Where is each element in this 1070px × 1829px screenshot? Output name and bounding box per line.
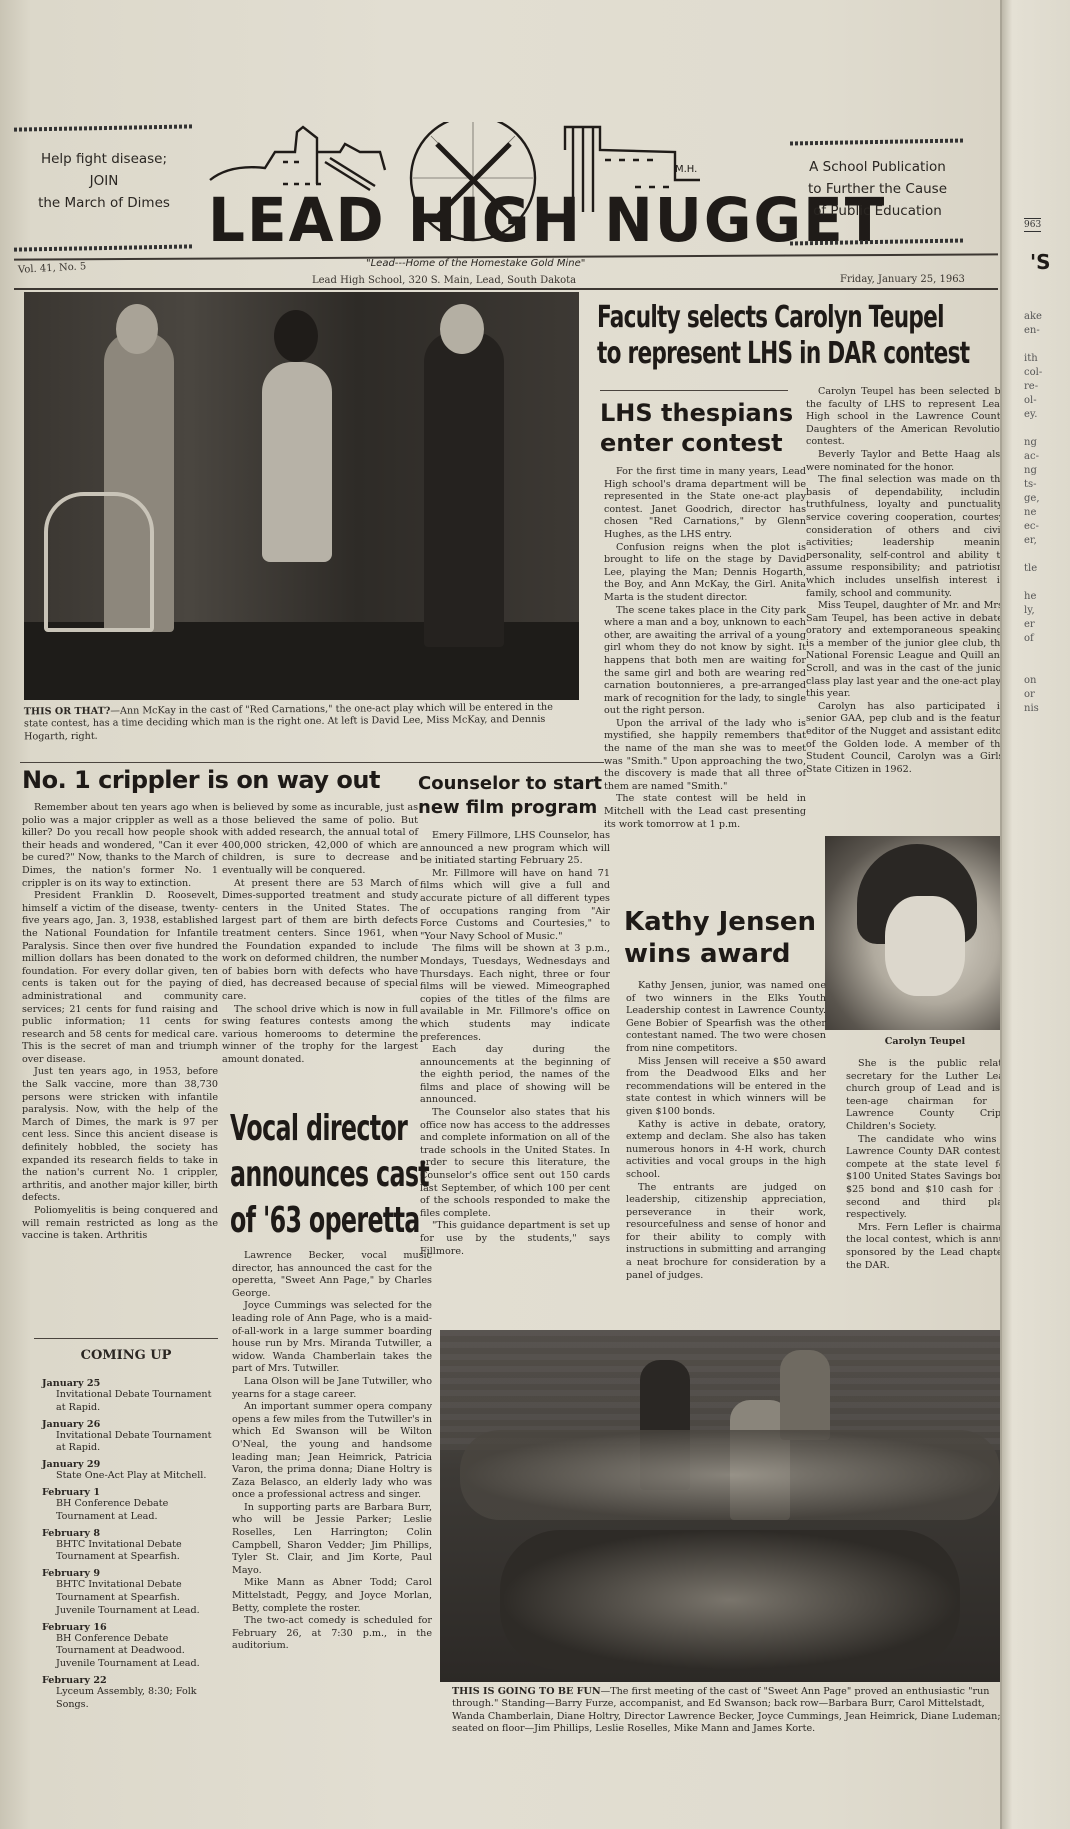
paragraph: Kathy is active in debate, oratory, exte… xyxy=(626,1119,826,1182)
calendar-entry: January 29State One-Act Play at Mitchell… xyxy=(42,1459,218,1483)
headline-line: Counselor to start xyxy=(418,772,602,796)
right-ear-line: of Public Education xyxy=(790,200,965,222)
thespians-headline: LHS thespians enter contest xyxy=(600,398,793,458)
paragraph: For the first time in many years, Lead H… xyxy=(604,466,806,542)
thespians-body: For the first time in many years, Lead H… xyxy=(604,466,806,831)
kathy-body: Kathy Jensen, junior, was named one of t… xyxy=(626,980,826,1282)
counselor-headline: Counselor to start new film program xyxy=(418,772,602,820)
calendar-entry: February 22Lyceum Assembly, 8:30; Folk S… xyxy=(42,1675,218,1712)
dar-body-continued: She is the public relations secretary fo… xyxy=(846,1058,1022,1272)
paragraph: The two-act comedy is scheduled for Febr… xyxy=(232,1615,432,1653)
paragraph: is believed by some as incurable, just a… xyxy=(222,802,418,878)
adjacent-folio: 963 xyxy=(1024,218,1041,232)
ornament-rule xyxy=(14,244,194,251)
top-photo-caption: THIS OR THAT?—Ann McKay in the cast of "… xyxy=(24,702,579,744)
dar-body: Carolyn Teupel has been selected by the … xyxy=(806,386,1006,776)
calendar-entry: February 1BH Conference Debate Tournamen… xyxy=(42,1487,218,1524)
section-rule xyxy=(20,762,604,763)
caption-lead: THIS OR THAT? xyxy=(24,706,111,718)
event-text: Invitational Debate Tournament at Rapid. xyxy=(42,1389,218,1415)
paragraph: Each day during the announcements at the… xyxy=(420,1044,610,1107)
paragraph: The candidate who wins the Lawrence Coun… xyxy=(846,1134,1022,1222)
paragraph: The school drive which is now in full sw… xyxy=(222,1004,418,1067)
event-date: February 16 xyxy=(42,1622,218,1633)
event-text: BHTC Invitational Debate Tournament at S… xyxy=(42,1579,218,1605)
adjacent-page-edge xyxy=(1000,0,1070,1829)
paragraph: Mr. Fillmore will have on hand 71 films … xyxy=(420,868,610,944)
event-text: Juvenile Tournament at Lead. xyxy=(42,1605,218,1618)
adjacent-text-fragment: ake en- ith col- re- ol- ey. ng ac- ng t… xyxy=(1024,310,1042,716)
left-ear-line: Help fight disease; xyxy=(14,148,194,170)
newspaper-page: Help fight disease; JOIN the March of Di… xyxy=(0,0,1018,1829)
event-date: February 8 xyxy=(42,1528,218,1539)
right-ear-line: A School Publication xyxy=(790,156,965,178)
counselor-body: Emery Fillmore, LHS Counselor, has annou… xyxy=(420,830,610,1258)
event-text: BHTC Invitational Debate Tournament at S… xyxy=(42,1539,218,1565)
event-date: February 9 xyxy=(42,1568,218,1579)
paragraph: Mike Mann as Abner Todd; Carol Mittelsta… xyxy=(232,1577,432,1615)
event-date: January 29 xyxy=(42,1459,218,1470)
event-date: February 22 xyxy=(42,1675,218,1686)
paragraph: Remember about ten years ago when polio … xyxy=(22,802,218,890)
dar-headline: Faculty selects Carolyn Teupel to repres… xyxy=(597,300,969,372)
event-text: Lyceum Assembly, 8:30; Folk Songs. xyxy=(42,1686,218,1712)
bottom-photo-caption: THIS IS GOING TO BE FUN—The first meetin… xyxy=(452,1686,1012,1736)
headline-line: wins award xyxy=(624,938,816,970)
event-text: State One-Act Play at Mitchell. xyxy=(42,1470,218,1483)
headline-line: of '63 operetta xyxy=(230,1198,429,1244)
paragraph: Confusion reigns when the plot is brough… xyxy=(604,542,806,605)
headline-line: Faculty selects Carolyn Teupel xyxy=(597,300,969,336)
paragraph: Miss Jensen will receive a $50 award fro… xyxy=(626,1056,826,1119)
paragraph: Mrs. Fern Lefler is chairman of the loca… xyxy=(846,1222,1022,1272)
left-ear: Help fight disease; JOIN the March of Di… xyxy=(14,148,194,214)
paragraph: Kathy Jensen, junior, was named one of t… xyxy=(626,980,826,1056)
paragraph: In supporting parts are Barbara Burr, wh… xyxy=(232,1502,432,1578)
headline-line: enter contest xyxy=(600,428,793,458)
svg-text:M.H.: M.H. xyxy=(675,164,697,175)
paragraph: Beverly Taylor and Bette Haag also were … xyxy=(806,449,1006,474)
paragraph: Poliomyelitis is being conquered and wil… xyxy=(22,1205,218,1243)
paragraph: Lawrence Becker, vocal music director, h… xyxy=(232,1250,432,1300)
carolyn-teupel-portrait xyxy=(825,836,1025,1030)
issue-date: Friday, January 25, 1963 xyxy=(840,274,965,285)
calendar-title: COMING UP xyxy=(34,1348,218,1363)
calendar-entry: February 9BHTC Invitational Debate Tourn… xyxy=(42,1568,218,1617)
calendar-entry: February 8BHTC Invitational Debate Tourn… xyxy=(42,1528,218,1565)
event-text: BH Conference Debate Tournament at Deadw… xyxy=(42,1633,218,1659)
dateline-rule xyxy=(14,288,998,290)
motto: "Lead---Home of the Homestake Gold Mine" xyxy=(366,258,585,269)
volume-number: Vol. 41, No. 5 xyxy=(18,261,87,276)
operetta-headline: Vocal director announces cast of '63 ope… xyxy=(230,1106,429,1244)
paragraph: "This guidance department is set up for … xyxy=(420,1220,610,1258)
play-cast-photo xyxy=(24,292,579,700)
headline-line: LHS thespians xyxy=(600,398,793,428)
ornament-rule xyxy=(790,138,965,145)
ornament-rule xyxy=(14,124,194,131)
divider xyxy=(600,390,788,391)
paragraph: President Franklin D. Roosevelt, himself… xyxy=(22,890,218,1066)
paragraph: Joyce Cummings was selected for the lead… xyxy=(232,1300,432,1376)
paragraph: The Counselor also states that his offic… xyxy=(420,1107,610,1220)
paragraph: Just ten years ago, in 1953, before the … xyxy=(22,1066,218,1205)
paragraph: Upon the arrival of the lady who is myst… xyxy=(604,718,806,794)
calendar-rule xyxy=(34,1338,218,1339)
crippler-headline: No. 1 crippler is on way out xyxy=(22,766,380,794)
right-ear: A School Publication to Further the Caus… xyxy=(790,156,965,222)
paragraph: Lana Olson will be Jane Tutwiller, who y… xyxy=(232,1376,432,1401)
paragraph: At present there are 53 March of Dimes-s… xyxy=(222,878,418,1004)
headline-line: Vocal director xyxy=(230,1106,429,1152)
portrait-caption: Carolyn Teupel xyxy=(825,1036,1025,1048)
paragraph: The films will be shown at 3 p.m., Monda… xyxy=(420,943,610,1044)
event-text: Juvenile Tournament at Lead. xyxy=(42,1658,218,1671)
headline-line: new film program xyxy=(418,796,602,820)
calendar-entry: January 26Invitational Debate Tournament… xyxy=(42,1419,218,1456)
left-ear-line: JOIN xyxy=(14,170,194,192)
event-date: January 26 xyxy=(42,1419,218,1430)
calendar-list: January 25Invitational Debate Tournament… xyxy=(42,1374,218,1712)
calendar-entry: February 16BH Conference Debate Tourname… xyxy=(42,1622,218,1671)
crippler-body-col1: Remember about ten years ago when polio … xyxy=(22,802,218,1243)
event-date: February 1 xyxy=(42,1487,218,1498)
event-text: BH Conference Debate Tournament at Lead. xyxy=(42,1498,218,1524)
event-date: January 25 xyxy=(42,1378,218,1389)
paragraph: Carolyn has also participated in senior … xyxy=(806,701,1006,777)
paragraph: The final selection was made on the basi… xyxy=(806,474,1006,600)
paragraph: The state contest will be held in Mitche… xyxy=(604,793,806,831)
paragraph: The entrants are judged on leadership, c… xyxy=(626,1182,826,1283)
school-address: Lead High School, 320 S. Main, Lead, Sou… xyxy=(312,275,576,286)
newspaper-title: LEAD HIGH NUGGET xyxy=(208,184,886,255)
adjacent-headline-fragment: 'S xyxy=(1030,250,1051,274)
paragraph: Carolyn Teupel has been selected by the … xyxy=(806,386,1006,449)
caption-lead: THIS IS GOING TO BE FUN xyxy=(452,1686,601,1697)
right-ear-line: to Further the Cause xyxy=(790,178,965,200)
paragraph: An important summer opera company opens … xyxy=(232,1401,432,1502)
paragraph: She is the public relations secretary fo… xyxy=(846,1058,1022,1134)
headline-line: announces cast xyxy=(230,1152,429,1198)
paragraph: Miss Teupel, daughter of Mr. and Mrs. Sa… xyxy=(806,600,1006,701)
paragraph: Emery Fillmore, LHS Counselor, has annou… xyxy=(420,830,610,868)
paragraph: The scene takes place in the City park w… xyxy=(604,605,806,718)
headline-line: Kathy Jensen xyxy=(624,906,816,938)
kathy-headline: Kathy Jensen wins award xyxy=(624,906,816,970)
calendar-entry: January 25Invitational Debate Tournament… xyxy=(42,1378,218,1415)
event-text: Invitational Debate Tournament at Rapid. xyxy=(42,1430,218,1456)
crippler-body-col2: is believed by some as incurable, just a… xyxy=(222,802,418,1066)
left-ear-line: the March of Dimes xyxy=(14,192,194,214)
operetta-body: Lawrence Becker, vocal music director, h… xyxy=(232,1250,432,1653)
operetta-cast-photo xyxy=(440,1330,1018,1682)
headline-line: to represent LHS in DAR contest xyxy=(597,336,969,372)
